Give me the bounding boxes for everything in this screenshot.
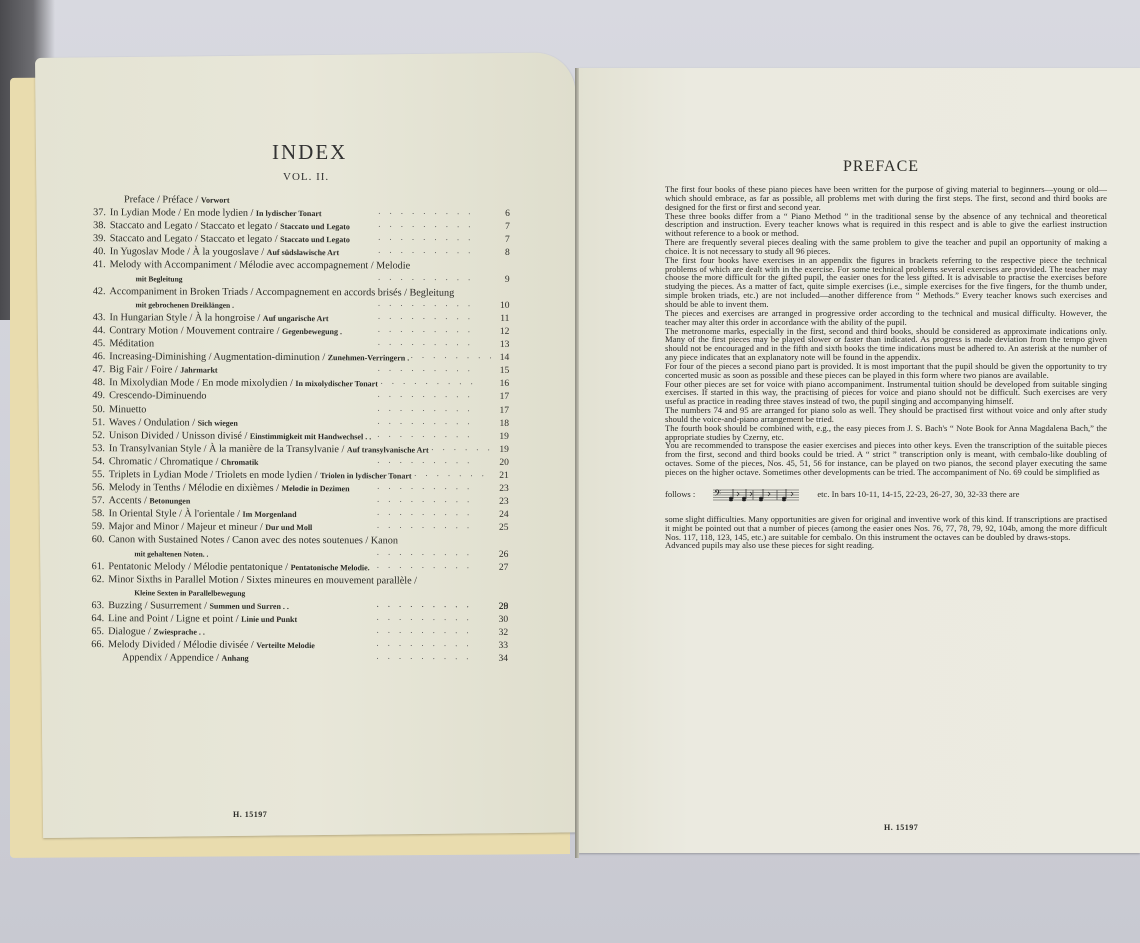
index-entry-german-title: Zunehmen-Verringern . <box>328 353 410 362</box>
index-entry-number: 51. <box>67 416 105 429</box>
index-entry-german-title: Dur und Moll <box>265 523 312 532</box>
preface-title: PREFACE <box>843 158 919 176</box>
index-entry-page-number: 26 <box>488 548 508 561</box>
index-entry-title: In Transylvanian Style / À la manière de… <box>109 443 347 455</box>
index-entry-german-title: Melodie in Dezimen <box>282 484 350 493</box>
preface-closing-paragraphs: some slight difficulties. Many opportuni… <box>665 515 1107 550</box>
index-entry-number: 63. <box>66 599 104 612</box>
index-entry-page-number: 20 <box>489 457 509 470</box>
index-volume: VOL. II. <box>283 171 329 183</box>
index-entry-number: 41. <box>68 258 106 271</box>
dot-leader: · · · · · · · · · <box>377 365 473 379</box>
index-entry-page-number: 24 <box>489 509 509 522</box>
index-entry-page-number: 8 <box>490 247 510 260</box>
index-entry-title: In Hungarian Style / À la hongroise / <box>109 312 262 324</box>
index-entry-page-number: 6 <box>490 208 510 221</box>
dot-leader: · · · · · · · · · <box>378 273 474 287</box>
preface-footer-plate-number: H. 15197 <box>884 823 918 832</box>
index-entry-german-title: In mixolydischer Tonart <box>295 379 378 388</box>
index-entry-title: Melody with Accompaniment / Mélodie avec… <box>110 260 410 272</box>
index-entry-page-number: 17 <box>489 404 509 417</box>
index-entry-page-number: 11 <box>489 313 509 326</box>
dot-leader: · · · · · · · · · <box>377 456 473 470</box>
index-entry-number: 38. <box>68 219 106 232</box>
index-entry-number: 46. <box>67 350 105 363</box>
index-entry-number: 42. <box>68 285 106 298</box>
preface-paragraph: For four of the pieces a second piano pa… <box>665 362 1107 380</box>
index-entry-page-number: 12 <box>489 326 509 339</box>
index-entry-number: 45. <box>67 337 105 350</box>
index-entry-title: Waves / Ondulation / <box>109 417 198 428</box>
dot-leader: · · · · · · · · · <box>377 338 473 352</box>
index-entry-german-title: Sich wiegen <box>198 418 238 427</box>
index-entry-german-title: Verteilte Melodie <box>256 641 315 650</box>
dot-leader: · · · · · · · · · <box>378 247 474 261</box>
dot-leader: · · · · · · · · · <box>377 430 473 444</box>
index-entry-german-title: Staccato und Legato <box>280 235 350 244</box>
index-entry-title: Minor Sixths in Parallel Motion / Sixtes… <box>108 574 417 586</box>
preface-body: The first four books of these piano piec… <box>665 185 1107 550</box>
svg-text:𝄢: 𝄢 <box>714 488 721 501</box>
index-footer-plate-number: H. 15197 <box>233 810 267 819</box>
preface-paragraph: The metronome marks, especially in the f… <box>665 327 1107 362</box>
preface-paragraphs: The first four books of these piano piec… <box>665 185 1107 477</box>
index-entry-number: 49. <box>67 389 105 402</box>
index-entry-number: 48. <box>67 376 105 389</box>
index-title: INDEX <box>272 140 347 165</box>
index-entry-number: 39. <box>68 232 106 245</box>
index-entry-page-number: 13 <box>489 339 509 352</box>
index-entry-number: 50. <box>67 402 105 415</box>
dot-leader: · · · · · · · · · <box>377 391 473 405</box>
index-entry-number: 59. <box>67 520 105 533</box>
index-entry-number: 61. <box>66 560 104 573</box>
dot-leader: · · · · · · · · · <box>376 561 472 575</box>
index-entry-number: 43. <box>67 311 105 324</box>
index-entry-number: 55. <box>67 468 105 481</box>
index-entry-number: 40. <box>68 245 106 258</box>
index-entry-title: Minuetto <box>109 404 146 415</box>
index-list: Preface / Préface / Vorwort37.In Lydian … <box>66 193 518 666</box>
index-entry-number: 44. <box>67 324 105 337</box>
index-entry-page-number: 15 <box>489 365 509 378</box>
music-example-followup: etc. In bars 10-11, 14-15, 22-23, 26-27,… <box>817 490 1107 499</box>
index-entry-page-number: 17 <box>489 391 509 404</box>
index-entry-title: Appendix / Appendice / <box>122 653 222 664</box>
index-entry-title: Contrary Motion / Mouvement contraire / <box>109 325 282 337</box>
preface-paragraph: some slight difficulties. Many opportuni… <box>665 515 1107 542</box>
index-entry-number: 65. <box>66 625 104 638</box>
index-entry-german-title: Staccato und Legato <box>280 222 350 231</box>
dot-leader: · · · · · · · · · <box>377 299 473 313</box>
index-entry-title: Major and Minor / Majeur et mineur / <box>109 522 266 534</box>
index-entry-title: Canon with Sustained Notes / Canon avec … <box>108 535 397 547</box>
index-entry-title: Chromatic / Chromatique / <box>109 456 221 467</box>
index-entry-number: 64. <box>66 612 104 625</box>
dot-leader: · · · · · · · · · <box>377 312 473 326</box>
index-entry-page-number: 27 <box>488 561 508 574</box>
dot-leader: · · · · · · · · · <box>376 640 472 654</box>
index-entry-page-number: 7 <box>490 221 510 234</box>
preface-paragraph: You are recommended to transpose the eas… <box>665 441 1107 476</box>
index-entry-page-number: 21 <box>489 470 509 483</box>
dot-leader: · · · · · · · · · <box>377 482 473 496</box>
index-entry-title: Triplets in Lydian Mode / Triolets en mo… <box>109 469 320 481</box>
index-entry-german-title: Linie und Punkt <box>241 615 297 624</box>
index-entry-title: In Mixolydian Mode / En mode mixolydien … <box>109 377 295 389</box>
index-entry-title: Crescendo-Diminuendo <box>109 391 206 402</box>
index-entry-title: In Yugoslav Mode / À la yougoslave / <box>110 247 267 259</box>
index-entry-page-number: 14 <box>489 352 509 365</box>
index-entry-title: Accompaniment in Broken Triads / Accompa… <box>110 286 455 299</box>
preface-paragraph: The numbers 74 and 95 are arranged for p… <box>665 406 1107 424</box>
index-entry-page-number: 7 <box>490 234 510 247</box>
dot-leader: · · · · · · · · · <box>431 443 493 456</box>
index-entry-page-number: 16 <box>489 378 509 391</box>
index-entry-title: In Oriental Style / À l'orientale / <box>109 508 243 520</box>
index-entry-german-title: Pentatonische Melodie. <box>291 563 370 572</box>
index-entry-title: In Lydian Mode / En mode lydien / <box>110 207 256 219</box>
index-entry-german-title: Auf ungarische Art <box>263 314 329 323</box>
index-entry-german-title: Anhang <box>222 654 249 663</box>
index-entry-page-number: 25 <box>489 522 509 535</box>
index-entry-german-title: Kleine Sexten in Parallelbewegung <box>134 588 245 597</box>
index-entry-german-title: Chromatik <box>221 458 259 467</box>
index-entry-title: Line and Point / Ligne et point / <box>108 613 241 625</box>
index-entry-number: 62. <box>66 573 104 586</box>
music-example: follows : 𝄢 etc. In bars 10-1 <box>665 487 1107 503</box>
index-entry-page-number: 23 <box>489 496 509 509</box>
dot-leader: · · · · · · · · · <box>410 352 493 365</box>
index-entry-number: 54. <box>67 455 105 468</box>
preface-paragraph: There are frequently several pieces deal… <box>665 238 1107 256</box>
dot-leader: · · · · · · · · · <box>378 234 474 248</box>
index-entry-page-number: 18 <box>489 417 509 430</box>
dot-leader: · · · · · · · · · <box>378 207 474 221</box>
index-entry-page-number: 32 <box>488 627 508 640</box>
index-entry-number: 66. <box>66 638 104 651</box>
index-entry-number: 53. <box>67 442 105 455</box>
index-entry-number: 57. <box>67 494 105 507</box>
index-entry-german-title: mit gebrochenen Dreiklängen . <box>135 300 234 309</box>
index-entry-number: 56. <box>67 481 105 494</box>
index-entry-german-title: Gegenbewegung . <box>282 327 342 336</box>
index-entry-german-title: mit Begleitung <box>136 274 183 283</box>
index-entry-german-title: In lydischer Tonart <box>256 209 322 218</box>
music-example-label: follows : <box>665 490 695 499</box>
index-entry-title: Big Fair / Foire / <box>109 364 180 375</box>
index-entry-page-number: 9 <box>490 273 510 286</box>
dot-leader: · · · · · · · · · <box>377 509 473 523</box>
index-entry-number: 60. <box>66 533 104 546</box>
index-entry-title: Melody in Tenths / Mélodie en dixièmes / <box>109 482 282 494</box>
index-entry-title: Increasing-Diminishing / Augmentation-di… <box>109 351 327 363</box>
index-entry-german-title: Auf südslawische Art <box>267 248 339 257</box>
index-entry-german-title: Summen und Surren . . <box>209 602 288 611</box>
index-entry-page-number: 23 <box>489 483 509 496</box>
index-entry-title: Méditation <box>109 338 154 349</box>
index-entry: Appendix / Appendice / Anhang· · · · · ·… <box>66 651 516 666</box>
index-entry-german-title: mit gehaltenen Noten. . <box>134 549 208 558</box>
index-entry-german-title: Im Morgenland <box>243 510 297 519</box>
index-entry-page-number: 19 <box>489 444 509 457</box>
preface-paragraph: The first four books have exercises in a… <box>665 256 1107 309</box>
index-entry-page-number: 30 <box>488 614 508 627</box>
book-gutter <box>575 68 579 858</box>
index-entry-german-title: Jahrmarkt <box>180 366 217 375</box>
dot-leader: · · · · · · · · · <box>376 600 472 614</box>
dot-leader: · · · · · · · · · <box>380 378 493 392</box>
index-entry-title: Accents / <box>109 495 150 506</box>
dot-leader: · · · · · · · · · <box>377 496 473 510</box>
index-entry-number: 47. <box>67 363 105 376</box>
preface-paragraph: The first four books of these piano piec… <box>665 185 1107 212</box>
bass-clef-staff-icon: 𝄢 <box>711 487 801 503</box>
index-entry-title: Unison Divided / Unisson divisé / <box>109 430 250 442</box>
index-entry-page-number: 29 <box>488 601 508 614</box>
index-entry-page-number: 34 <box>488 653 508 666</box>
index-entry-german-title: Triolen in lydischer Tonart <box>320 471 412 480</box>
preface-paragraph: Four other pieces are set for voice with… <box>665 380 1107 407</box>
index-entry-german-title: Einstimmigkeit mit Handwechsel . . <box>250 431 371 441</box>
preface-paragraph: The pieces and exercises are arranged in… <box>665 309 1107 327</box>
dot-leader: · · · · · · · · · <box>378 221 474 235</box>
index-entry-number: 58. <box>67 507 105 520</box>
dot-leader: · · · · · · · · · <box>377 417 473 431</box>
index-entry-title: Staccato and Legato / Staccato et legato… <box>110 233 280 245</box>
index-entry-page-number: 33 <box>488 640 508 653</box>
index-entry-title: Pentatonic Melody / Mélodie pentatonique… <box>108 561 290 573</box>
preface-paragraph: Advanced pupils may also use these piece… <box>665 541 1107 550</box>
index-entry-number: 37. <box>68 206 106 219</box>
index-entry-german-title: Auf transylvanische Art <box>347 445 429 454</box>
dot-leader: · · · · · · · · · <box>376 653 472 667</box>
dot-leader: · · · · · · · · · <box>376 626 472 640</box>
preface-paragraph: These three books differ from a “ Piano … <box>665 212 1107 239</box>
preface-paragraph: The fourth book should be combined with,… <box>665 424 1107 442</box>
dot-leader: · · · · · · · · · <box>414 469 493 482</box>
index-entry-german-title: Zwiesprache . . <box>153 627 205 636</box>
index-entry-number: 52. <box>67 429 105 442</box>
index-entry-title: Staccato and Legato / Staccato et legato… <box>110 220 280 232</box>
index-entry-title: Melody Divided / Mélodie divisée / <box>108 639 256 651</box>
dot-leader: · · · · · · · · · <box>376 613 472 627</box>
dot-leader: · · · · · · · · · <box>376 548 472 562</box>
index-entry-page-number: 19 <box>489 431 509 444</box>
dot-leader: · · · · · · · · · <box>377 325 473 339</box>
index-entry-title: Dialogue / <box>108 626 153 637</box>
dot-leader: · · · · · · · · · <box>377 404 473 418</box>
index-entry-german-title: Betonungen <box>149 497 190 506</box>
index-entry-title: Preface / Préface / <box>124 194 201 205</box>
index-entry-title: Buzzing / Susurrement / <box>108 600 209 611</box>
index-entry-german-title: Vorwort <box>201 196 230 205</box>
dot-leader: · · · · · · · · · <box>377 522 473 536</box>
index-entry-page-number: 10 <box>489 300 509 313</box>
